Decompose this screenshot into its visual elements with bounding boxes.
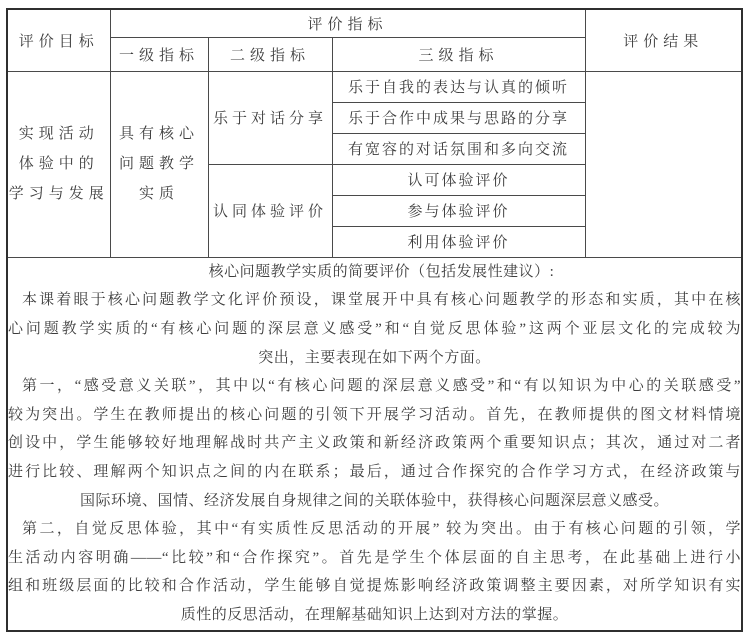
header-result-cell: 评价结果: [585, 9, 742, 71]
level1-body-cell: 具有核心 问题教学 实质: [110, 71, 208, 257]
report-row: 核心问题教学实质的简要评价（包括发展性建议）: 本课着眼于核心问题教学文化评价预…: [7, 257, 742, 631]
report-line: 较为突出。学生在教师提出的核心问题的引领下开展学习活动。首先，在教师提供的图文材…: [8, 401, 741, 430]
level3-cell-3: 有宽容的对话氛围和多向交流: [332, 133, 585, 164]
level2-group1-cell: 乐于对话分享: [208, 71, 332, 164]
report-line: 本课着眼于核心问题教学文化评价预设，课堂展开中具有核心问题教学的形态和实质，其中…: [8, 286, 741, 315]
table-row: 实现活动 体验中的 学习与发展 具有核心 问题教学 实质 乐于对话分享 乐于自我…: [7, 71, 742, 102]
report-line: 第二，自觉反思体验，其中“有实质性反思活动的开展” 较为突出。由于有核心问题的引…: [8, 515, 741, 544]
header-row-1: 评价目标 评价指标 评价结果: [7, 9, 742, 37]
header-level3-cell: 三级指标: [332, 37, 585, 71]
report-line: 核心问题教学实质的简要评价（包括发展性建议）:: [8, 258, 741, 287]
level3-cell-1: 乐于自我的表达与认真的倾听: [332, 71, 585, 102]
report-section: 核心问题教学实质的简要评价（包括发展性建议）: 本课着眼于核心问题教学文化评价预…: [7, 257, 742, 631]
evaluation-table: 评价目标 评价指标 评价结果 一级指标 二级指标 三级指标 实现活动 体验中的 …: [6, 8, 743, 632]
report-line: 创设中，学生能够较好地理解战时共产主义政策和新经济政策两个重要知识点；其次，通过…: [8, 429, 741, 458]
level3-cell-5: 参与体验评价: [332, 195, 585, 226]
report-line: 生活动内容明确——“比较”和“合作探究”。首先是学生个体层面的自主思考，在此基础…: [8, 544, 741, 573]
document-page: 评价目标 评价指标 评价结果 一级指标 二级指标 三级指标 实现活动 体验中的 …: [0, 0, 750, 642]
report-line: 突出，主要表现在如下两个方面。: [8, 344, 741, 373]
level3-cell-2: 乐于合作中成果与思路的分享: [332, 102, 585, 133]
header-indicators-cell: 评价指标: [110, 9, 585, 37]
header-level1-cell: 一级指标: [110, 37, 208, 71]
level3-cell-4: 认可体验评价: [332, 164, 585, 195]
report-line: 组和班级层面的比较和合作活动，学生能够自觉提炼影响经济政策调整主要因素，对所学知…: [8, 572, 741, 601]
report-line: 第一，“感受意义关联”，其中以“有核心问题的深层意义感受”和“有以知识为中心的关…: [8, 372, 741, 401]
report-line: 进行比较、理解两个知识点之间的内在联系；最后，通过合作探究的合作学习方式，在经济…: [8, 458, 741, 487]
result-body-cell: [585, 71, 742, 257]
report-line: 国际环境、国情、经济发展自身规律之间的关联体验中，获得核心问题深层意义感受。: [8, 487, 741, 516]
goal-body-cell: 实现活动 体验中的 学习与发展: [7, 71, 110, 257]
report-line: 心问题教学实质的“有核心问题的深层意义感受”和“自觉反思体验”这两个亚层文化的完…: [8, 315, 741, 344]
header-goal-cell: 评价目标: [7, 9, 110, 71]
header-level2-cell: 二级指标: [208, 37, 332, 71]
level2-group2-cell: 认同体验评价: [208, 164, 332, 257]
report-line: 质性的反思活动，在理解基础知识上达到对方法的掌握。: [8, 601, 741, 630]
level3-cell-6: 利用体验评价: [332, 226, 585, 257]
